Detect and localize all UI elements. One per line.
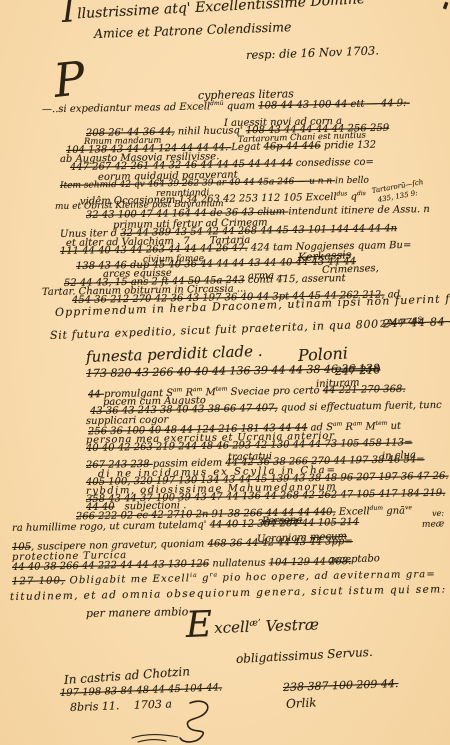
ink-blot-corner: ▮ (441, 1, 449, 11)
body-line: Poloni (298, 345, 349, 364)
response-date: resp: die 16 Nov 1703. (246, 45, 379, 61)
body-line: Sit futura expeditio, sicut fuit praeter… (50, 316, 450, 341)
closing: Excellæ’ Vestræ (186, 617, 320, 637)
signature: Orlik (286, 696, 317, 710)
signature-flourish (128, 700, 218, 745)
body-line: —..si expediantur meas ad Excelldmū quam… (42, 98, 410, 116)
margin-note: ve: (432, 510, 444, 518)
manuscript-page: Illustrissime atq' Excellentissime Domin… (0, 0, 450, 745)
interlinear: meæ (422, 520, 445, 530)
closing: obligatissimus Servus. (236, 646, 373, 665)
salutation-line-1: Illustrissime atq' Excellentissime Domin… (62, 0, 366, 22)
body-line: per manere ambio (86, 606, 189, 619)
dateline: In castris ad Chotzin (64, 665, 191, 686)
body-line: funesta perdidit clade . (86, 344, 263, 365)
salutation-line-2: Amice et Patrone Colendissime (94, 21, 292, 40)
drop-cap-p: P (52, 55, 88, 104)
dateline: 197 198 83 84 48 44 45 104 44. (60, 683, 222, 699)
body-line: titudinem, et ad omnia obsequiorum gener… (10, 584, 447, 602)
body-line: 247 210 (335, 364, 381, 377)
signature-cipher: 238 387 100 209 44. (283, 678, 399, 693)
